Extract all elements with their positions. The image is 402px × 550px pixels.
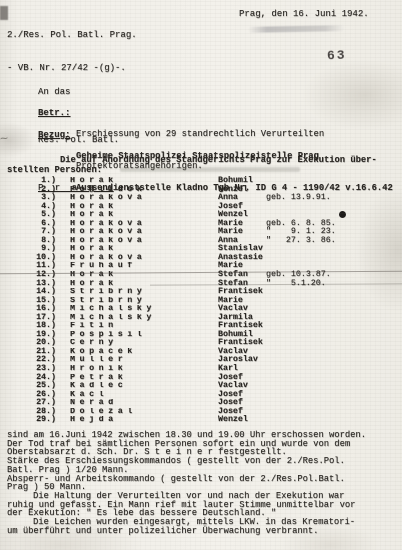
prisoner-row: 29.) Hejda Wenzel xyxy=(0,416,402,425)
prisoner-surname: Pospisil xyxy=(70,331,218,340)
dateline: Prag, den 16. Juni 1942. xyxy=(239,9,369,19)
pencil-annotation xyxy=(248,25,344,33)
prisoner-row: 24.) Petrak Josef xyxy=(0,374,402,383)
prisoner-given-name: Wenzel xyxy=(218,416,266,425)
prisoner-row: 1.) Horak Bohumil xyxy=(0,177,402,186)
prisoner-surname: Stribrny xyxy=(70,297,218,306)
address-line: An das xyxy=(38,84,119,100)
prisoner-surname: Petrak xyxy=(70,374,218,383)
prisoner-row: 3.) Horakova Anna geb. 13.9.91. xyxy=(0,194,402,203)
prisoner-surname: Kopacek xyxy=(70,348,218,357)
intro-line: stellten Personen: xyxy=(7,165,102,175)
prisoner-birthdate: " 27. 3. 86. xyxy=(266,237,336,246)
prisoner-row: 9.) Horak Stanislav xyxy=(0,245,402,254)
prisoner-surname: Frühauf xyxy=(70,262,218,271)
prisoner-row: 17.) Michalsky Jarmila xyxy=(0,314,402,323)
ghost-text-smudge xyxy=(120,167,300,172)
prisoner-surname: Kacl xyxy=(70,391,218,400)
prisoner-surname: Horakova xyxy=(70,228,218,237)
prisoner-surname: Cerny xyxy=(70,339,218,348)
prisoner-surname: Horakova xyxy=(70,220,218,229)
prisoner-row: 18.) Fitin Frantisek xyxy=(0,322,402,331)
subject-label: Betr.: xyxy=(38,108,70,118)
prisoner-row: 7.) Horakova Marie " 9. 1. 23. xyxy=(0,228,402,237)
prisoner-row: 28.) Dolezal Josef xyxy=(0,408,402,417)
prisoner-row: 4.) Horak Josef xyxy=(0,203,402,212)
prisoner-row: 2.) Pohlidek Wenzel xyxy=(0,186,402,195)
prisoner-row: 23.) Hronik Karl xyxy=(0,365,402,374)
prisoner-surname: Horakova xyxy=(70,237,218,246)
prisoner-row: 26.) Kacl Josef xyxy=(0,391,402,400)
document-scan: 2./Res. Pol. Batl. Prag. - VB. Nr. 27/42… xyxy=(0,0,402,550)
prisoner-surname: Hronik xyxy=(70,365,218,374)
body-line: um überführt und unter polizeilicher Übe… xyxy=(7,527,399,536)
prisoner-surname: Horak xyxy=(70,203,218,212)
margin-mark: ~ xyxy=(0,131,9,148)
prisoner-surname: Stribrny xyxy=(70,288,218,297)
report-body: sind am 16.Juni 1942 zwischen 18.30 und … xyxy=(7,431,399,535)
reference-label: Bezug: xyxy=(38,130,70,140)
prisoner-row: 27.) Nerad Josef xyxy=(0,399,402,408)
prisoner-surname: Horak xyxy=(70,245,218,254)
prisoner-surname: Michalsky xyxy=(70,314,218,323)
prisoner-surname: Horak xyxy=(70,211,218,220)
prisoner-surname: Dolezal xyxy=(70,408,218,417)
prisoner-row: 14.) Stribrny Frantisek xyxy=(0,288,402,297)
ink-dot xyxy=(339,211,346,218)
prisoner-number: 29.) xyxy=(30,416,56,425)
prisoner-surname: Horakova xyxy=(70,194,218,203)
prisoner-row: 10.) Horakova Anastasie xyxy=(0,254,402,263)
prisoner-row: 8.) Horakova Anna " 27. 3. 86. xyxy=(0,237,402,246)
prisoner-surname: Horakova xyxy=(70,254,218,263)
prisoner-row: 6.) Horakova Marie geb. 6. 8. 85. xyxy=(0,220,402,229)
prisoner-row: 20.) Cerny Frantisek xyxy=(0,339,402,348)
prisoner-surname: Fitin xyxy=(70,322,218,331)
prisoner-surname: Kadlec xyxy=(70,382,218,391)
page-number-stamp: 63 xyxy=(327,48,347,64)
prisoner-row: 21.) Kopacek Vaclav xyxy=(0,348,402,357)
prisoner-surname: Nerad xyxy=(70,399,218,408)
prisoner-row: 15.) Stribrny Marie xyxy=(0,297,402,306)
intro-line: Die auf Anordnung des Standgerichts Prag… xyxy=(60,155,377,165)
prisoner-surname: Hejda xyxy=(70,416,218,425)
prisoner-surname: Pohlidek xyxy=(70,186,218,195)
prisoner-birthdate: geb. 13.9.91. xyxy=(266,194,331,203)
prisoner-surname: Müller xyxy=(70,356,218,365)
prisoner-row: 11.) Frühauf Marie xyxy=(0,262,402,271)
prisoner-row: 16.) Michalsky Vaclav xyxy=(0,305,402,314)
prisoner-surname: Horak xyxy=(70,177,218,186)
prisoner-surname: Michalsky xyxy=(70,305,218,314)
prisoner-row: 19.) Pospisil Bohumil xyxy=(0,331,402,340)
prisoner-row: 22.) Müller Jaroslav xyxy=(0,356,402,365)
sender-unit: 2./Res. Pol. Batl. Prag. xyxy=(7,30,137,41)
prisoner-row: 25.) Kadlec Vaclav xyxy=(0,382,402,391)
